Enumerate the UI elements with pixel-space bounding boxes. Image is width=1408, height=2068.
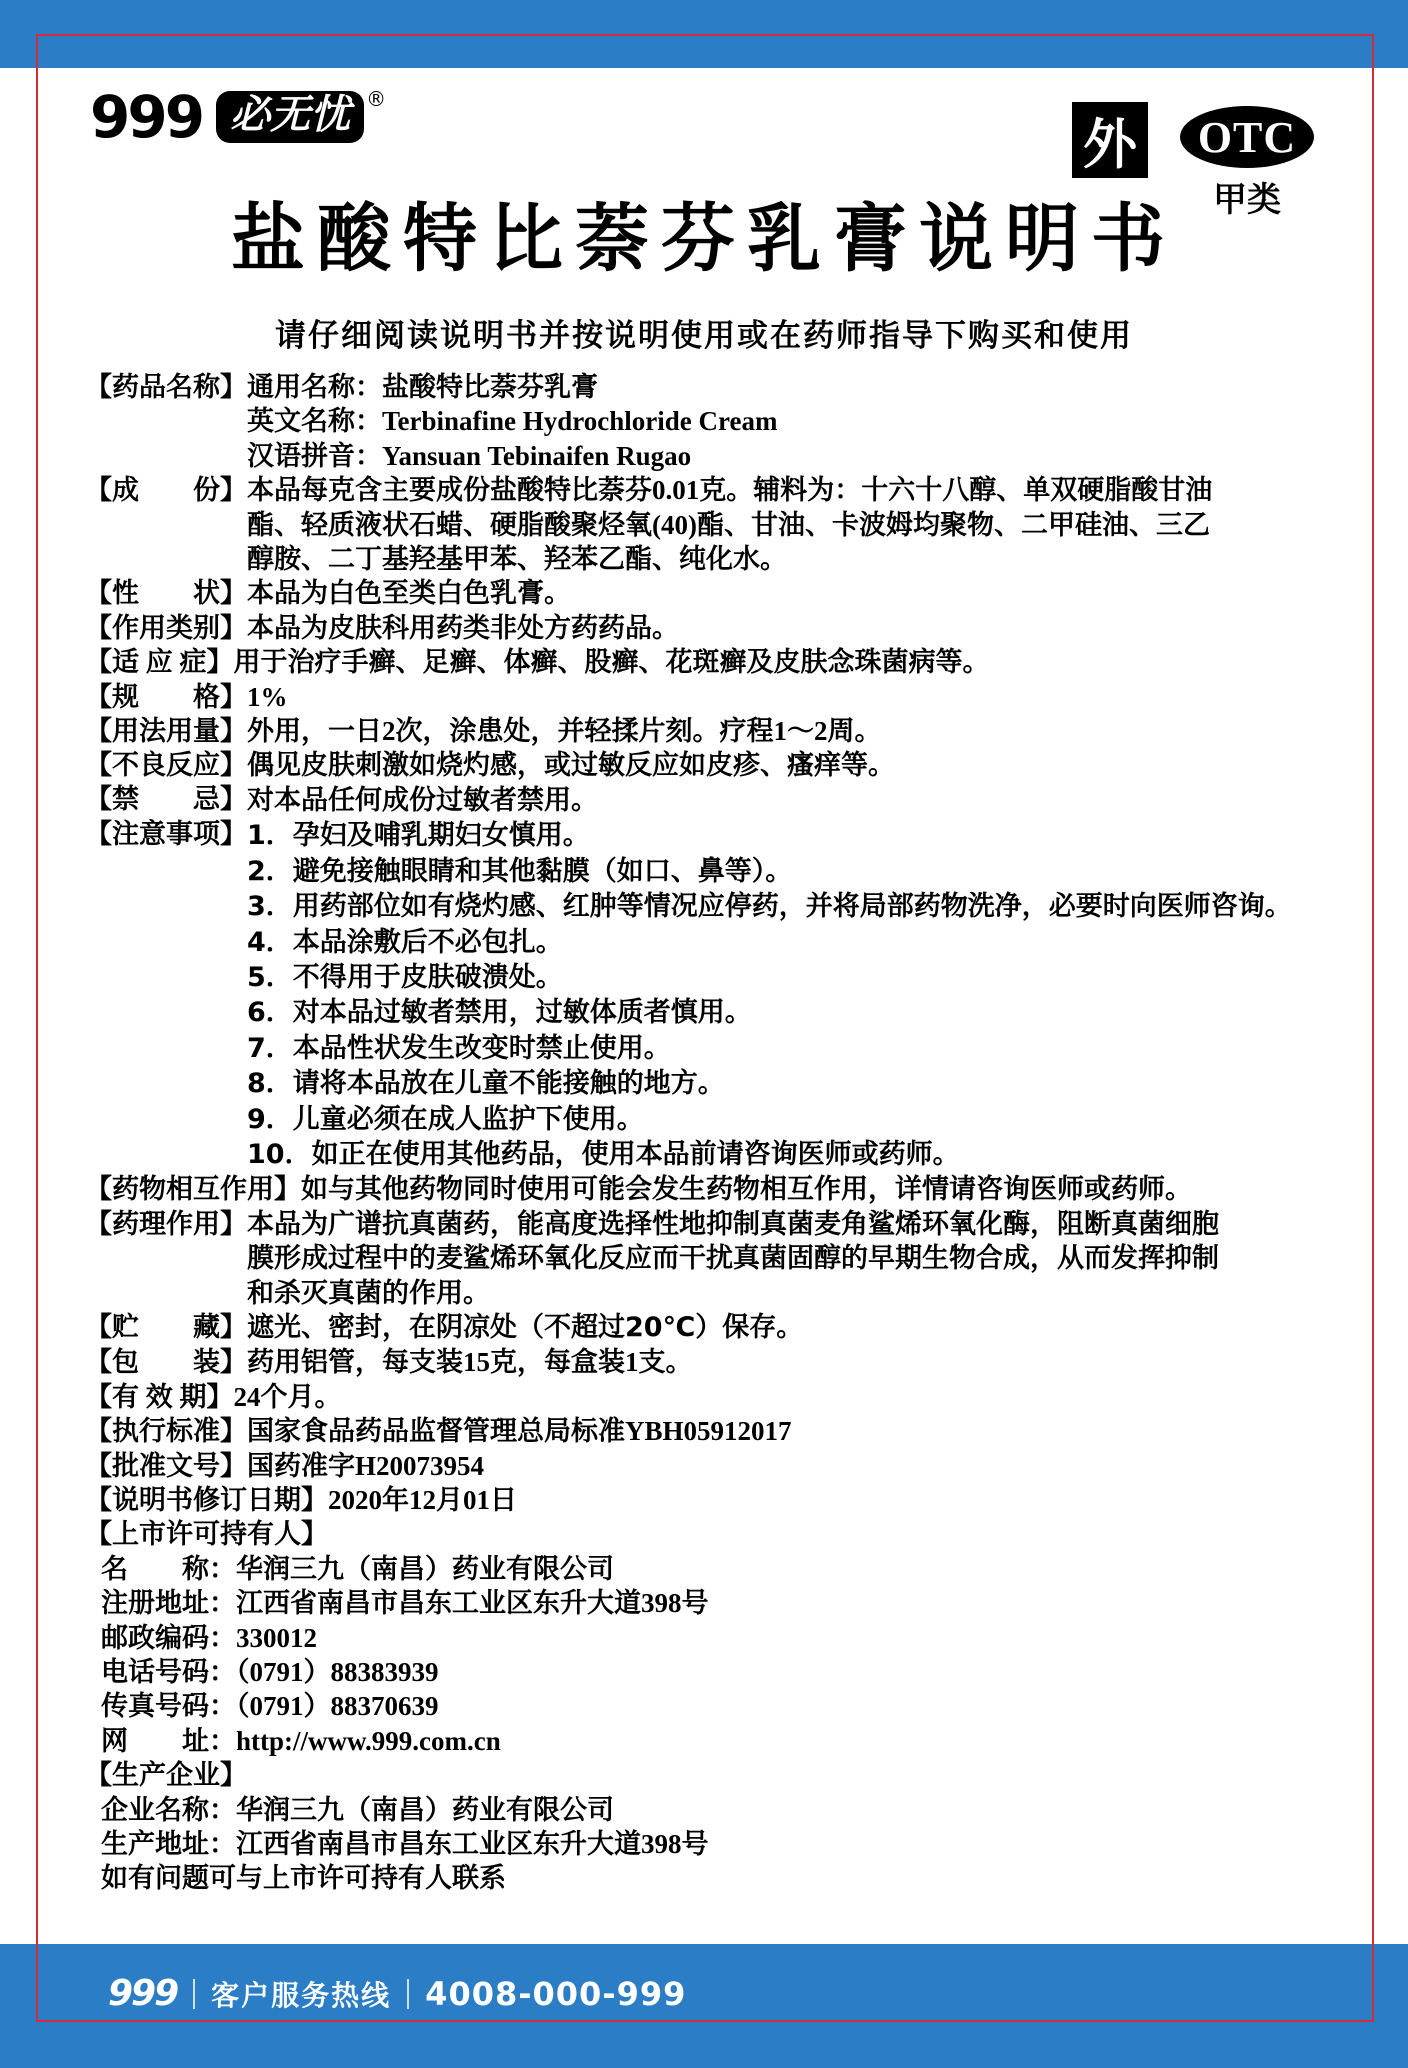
section-row: 【性 状】本品为白色至类白色乳膏。 <box>85 576 1380 610</box>
text-segment: 企业名称：华润三九（南昌）药业有限公司 <box>101 1795 614 1825</box>
section-line: 本品为皮肤科用药类非处方药药品。 <box>247 611 1380 645</box>
text-segment: 酯、轻质液状石蜡、硬脂酸聚烃氧(40)酯、甘油、卡波姆均聚物、二甲硅油、三乙 <box>247 510 1210 540</box>
section-line: 膜形成过程中的麦鲨烯环氧化反应而干扰真菌固醇的早期生物合成，从而发挥抑制 <box>247 1241 1380 1275</box>
section-line: 本品每克含主要成份盐酸特比萘芬0.01克。辅料为：十六十八醇、单双硬脂酸甘油 <box>247 473 1380 507</box>
section-content: 企业名称：华润三九（南昌）药业有限公司生产地址：江西省南昌市昌东工业区东升大道3… <box>85 1793 1380 1897</box>
section-line: 2020年12月01日 <box>328 1483 1380 1517</box>
section-row: 【适 应 症】用于治疗手癣、足癣、体癣、股癣、花斑癣及皮肤念珠菌病等。 <box>85 645 1380 679</box>
section-line: 电话号码：（0791）88383939 <box>101 1655 1380 1689</box>
section-row: 【执行标准】国家食品药品监督管理总局标准YBH05912017 <box>85 1414 1380 1448</box>
section-line: 传真号码：（0791）88370639 <box>101 1689 1380 1723</box>
section-line: 1% <box>247 680 1380 714</box>
section-line: 药用铝管，每支装15克，每盒装1支。 <box>247 1345 1380 1379</box>
section-content: 如与其他药物同时使用可能会发生药物相互作用，详情请咨询医师或药师。 <box>301 1172 1380 1206</box>
section-row: 【有 效 期】24个月。 <box>85 1380 1380 1414</box>
section-line: 名 称：华润三九（南昌）药业有限公司 <box>101 1552 1380 1586</box>
section-line: 1．孕妇及哺乳期妇女慎用。 <box>247 818 1380 853</box>
logo-badge-biwuyou: 必无忧 <box>216 91 364 143</box>
drug-leaflet-page: { "colors": { "blue": "#2b7ec5", "red": … <box>0 0 1408 2068</box>
section-line: 4．本品涂敷后不必包扎。 <box>247 925 1380 960</box>
brand-logo: 999 必无忧 ® <box>90 88 386 146</box>
text-segment: 遮光、密封，在阴凉处 <box>247 1312 517 1342</box>
section-line: 对本品任何成份过敏者禁用。 <box>247 783 1380 818</box>
section-row: 【批准文号】国药准字H20073954 <box>85 1449 1380 1483</box>
section-row: 【药理作用】本品为广谱抗真菌药，能高度选择性地抑制真菌麦角鲨烯环氧化酶，阻断真菌… <box>85 1207 1380 1310</box>
text-segment: 网 址：http://www.999.com.cn <box>101 1726 501 1756</box>
text-segment: 注册地址：江西省南昌市昌东工业区东升大道398号 <box>101 1588 709 1618</box>
section-line: 汉语拼音：Yansuan Tebinaifen Rugao <box>247 439 1380 473</box>
text-segment: 6．对本品过敏者禁用，过敏体质者慎用。 <box>247 997 752 1028</box>
section-label: 【作用类别】 <box>85 611 247 645</box>
section-line: 国家食品药品监督管理总局标准YBH05912017 <box>247 1414 1380 1448</box>
text-segment: 汉语拼音：Yansuan Tebinaifen Rugao <box>247 441 691 471</box>
footer-separator <box>407 1979 409 2009</box>
text-segment: 2020年12月01日 <box>328 1485 517 1515</box>
text-segment: 本品每克含主要成份盐酸特比萘芬0.01克。辅料为：十六十八醇、单双硬脂酸甘油 <box>247 475 1212 505</box>
section-label: 【批准文号】 <box>85 1449 247 1483</box>
text-segment: 对本品任何成份过敏者禁用。 <box>247 785 598 816</box>
section-row: 【用法用量】外用，一日2次，涂患处，并轻揉片刻。疗程1～2周。 <box>85 714 1380 748</box>
section-content: 本品为皮肤科用药类非处方药药品。 <box>247 611 1380 645</box>
section-label: 【药理作用】 <box>85 1207 247 1241</box>
section-line: 如有问题可与上市许可持有人联系 <box>101 1861 1380 1896</box>
section-label: 【禁 忌】 <box>85 783 247 817</box>
section-line: 醇胺、二丁基羟基甲苯、羟苯乙酯、纯化水。 <box>247 542 1380 576</box>
text-segment: 英文名称：Terbinafine Hydrochloride Cream <box>247 406 778 436</box>
text-segment: 用于治疗手癣、足癣、体癣、股癣、花斑癣及皮肤念珠菌病等。 <box>234 647 990 677</box>
section-row: 【药品名称】通用名称：盐酸特比萘芬乳膏英文名称：Terbinafine Hydr… <box>85 370 1380 473</box>
text-segment: 和杀灭真菌的作用。 <box>247 1278 490 1308</box>
section-row: 【不良反应】偶见皮肤刺激如烧灼感，或过敏反应如皮疹、瘙痒等。 <box>85 748 1380 782</box>
section-line: 本品为广谱抗真菌药，能高度选择性地抑制真菌麦角鲨烯环氧化酶，阻断真菌细胞 <box>247 1207 1380 1241</box>
section-content: 遮光、密封，在阴凉处（不超过20℃）保存。 <box>247 1310 1380 1345</box>
section-label: 【规 格】 <box>85 680 247 714</box>
section-line: 生产地址：江西省南昌市昌东工业区东升大道398号 <box>101 1827 1380 1861</box>
text-segment: 传真号码：（0791）88370639 <box>101 1691 439 1721</box>
section-line: 偶见皮肤刺激如烧灼感，或过敏反应如皮疹、瘙痒等。 <box>247 748 1380 782</box>
section-line: 9．儿童必须在成人监护下使用。 <box>247 1102 1380 1137</box>
section-content: 国家食品药品监督管理总局标准YBH05912017 <box>247 1414 1380 1448</box>
footer: 999 客户服务热线 4008-000-999 <box>108 1974 686 2014</box>
text-segment: 2．避免接触眼睛和其他黏膜（如口、鼻等）。 <box>247 856 792 887</box>
footer-hotline-number: 4008-000-999 <box>425 1975 686 2013</box>
section-line: 酯、轻质液状石蜡、硬脂酸聚烃氧(40)酯、甘油、卡波姆均聚物、二甲硅油、三乙 <box>247 508 1380 542</box>
text-segment: 醇胺、二丁基羟基甲苯、羟苯乙酯、纯化水。 <box>247 544 787 574</box>
section-line: 英文名称：Terbinafine Hydrochloride Cream <box>247 404 1380 438</box>
text-segment: 电话号码：（0791）88383939 <box>101 1657 439 1687</box>
section-label: 【贮 藏】 <box>85 1310 247 1344</box>
section-line: 企业名称：华润三九（南昌）药业有限公司 <box>101 1793 1380 1827</box>
text-segment: 8．请将本品放在儿童不能接触的地方。 <box>247 1068 725 1099</box>
text-segment: 国药准字H20073954 <box>247 1451 484 1481</box>
section-line: 7．本品性状发生改变时禁止使用。 <box>247 1031 1380 1066</box>
text-segment: 如与其他药物同时使用可能会发生药物相互作用，详情请咨询医师或药师。 <box>301 1174 1192 1204</box>
section-row: 【包 装】药用铝管，每支装15克，每盒装1支。 <box>85 1345 1380 1379</box>
section-label: 【生产企业】 <box>85 1760 247 1790</box>
text-segment: 国家食品药品监督管理总局标准YBH05912017 <box>247 1416 792 1446</box>
section-row: 【禁 忌】对本品任何成份过敏者禁用。 <box>85 783 1380 818</box>
text-segment: 名 称：华润三九（南昌）药业有限公司 <box>101 1554 614 1584</box>
section-content: 国药准字H20073954 <box>247 1449 1380 1483</box>
text-segment: （不超过20℃） <box>517 1312 722 1343</box>
section-line: 2．避免接触眼睛和其他黏膜（如口、鼻等）。 <box>247 854 1380 889</box>
section-line: 邮政编码：330012 <box>101 1621 1380 1655</box>
section-row: 【规 格】1% <box>85 680 1380 714</box>
footer-separator <box>193 1979 195 2009</box>
text-segment: 1% <box>247 682 288 712</box>
section-content: 1．孕妇及哺乳期妇女慎用。2．避免接触眼睛和其他黏膜（如口、鼻等）。3．用药部位… <box>247 818 1380 1172</box>
section-line: 注册地址：江西省南昌市昌东工业区东升大道398号 <box>101 1586 1380 1620</box>
section-row: 【药物相互作用】如与其他药物同时使用可能会发生药物相互作用，详情请咨询医师或药师… <box>85 1172 1380 1206</box>
section-content: 药用铝管，每支装15克，每盒装1支。 <box>247 1345 1380 1379</box>
text-segment: 如有问题可与上市许可持有人联系 <box>101 1863 506 1894</box>
section-line: 外用，一日2次，涂患处，并轻揉片刻。疗程1～2周。 <box>247 714 1380 748</box>
text-segment: 本品为白色至类白色乳膏。 <box>247 578 571 608</box>
text-segment: 24个月。 <box>234 1382 342 1412</box>
section-content: 1% <box>247 680 1380 714</box>
section-content: 用于治疗手癣、足癣、体癣、股癣、花斑癣及皮肤念珠菌病等。 <box>234 645 1381 679</box>
section-label: 【性 状】 <box>85 576 247 610</box>
section-content: 24个月。 <box>234 1380 1381 1414</box>
text-segment: 通用名称：盐酸特比萘芬乳膏 <box>247 372 598 402</box>
section-label: 【说明书修订日期】 <box>85 1483 328 1517</box>
section-content: 本品为白色至类白色乳膏。 <box>247 576 1380 610</box>
section-label: 【包 装】 <box>85 1345 247 1379</box>
section-row: 【作用类别】本品为皮肤科用药类非处方药药品。 <box>85 611 1380 645</box>
section-label: 【执行标准】 <box>85 1414 247 1448</box>
section-label: 【药品名称】 <box>85 370 247 404</box>
section-line: 本品为白色至类白色乳膏。 <box>247 576 1380 610</box>
section-line: 5．不得用于皮肤破溃处。 <box>247 960 1380 995</box>
section-label: 【上市许可持有人】 <box>85 1519 328 1549</box>
section-line: 3．用药部位如有烧灼感、红肿等情况应停药，并将局部药物洗净，必要时向医师咨询。 <box>247 889 1380 924</box>
section-content: 偶见皮肤刺激如烧灼感，或过敏反应如皮疹、瘙痒等。 <box>247 748 1380 782</box>
section-content: 本品每克含主要成份盐酸特比萘芬0.01克。辅料为：十六十八醇、单双硬脂酸甘油酯、… <box>247 473 1380 576</box>
text-segment: 1．孕妇及哺乳期妇女慎用。 <box>247 820 590 851</box>
text-segment: 邮政编码：330012 <box>101 1623 317 1653</box>
section-label: 【不良反应】 <box>85 748 247 782</box>
section-line: 用于治疗手癣、足癣、体癣、股癣、花斑癣及皮肤念珠菌病等。 <box>234 645 1381 679</box>
section-label: 【注意事项】 <box>85 818 247 852</box>
external-use-mark: 外 <box>1072 102 1148 178</box>
section-line: 24个月。 <box>234 1380 1381 1414</box>
page-title: 盐酸特比萘芬乳膏说明书 <box>0 200 1408 281</box>
text-segment: 膜形成过程中的麦鲨烯环氧化反应而干扰真菌固醇的早期生物合成，从而发挥抑制 <box>247 1243 1219 1273</box>
text-segment: 本品为皮肤科用药类非处方药药品。 <box>247 613 679 643</box>
text-segment: 4．本品涂敷后不必包扎。 <box>247 927 563 958</box>
section-content: 对本品任何成份过敏者禁用。 <box>247 783 1380 818</box>
text-segment: 本品为广谱抗真菌药，能高度选择性地抑制真菌麦角鲨烯环氧化酶，阻断真菌细胞 <box>247 1209 1219 1239</box>
section-row: 【说明书修订日期】2020年12月01日 <box>85 1483 1380 1517</box>
text-segment: 3．用药部位如有烧灼感、红肿等情况应停药，并将局部药物洗净，必要时向医师咨询。 <box>247 891 1292 922</box>
section-line: 和杀灭真菌的作用。 <box>247 1276 1380 1310</box>
section-content: 外用，一日2次，涂患处，并轻揉片刻。疗程1～2周。 <box>247 714 1380 748</box>
section-row: 【贮 藏】遮光、密封，在阴凉处（不超过20℃）保存。 <box>85 1310 1380 1345</box>
section-line: 10．如正在使用其他药品，使用本品前请咨询医师或药师。 <box>247 1137 1380 1172</box>
registered-trademark-icon: ® <box>366 87 386 111</box>
text-segment: 生产地址：江西省南昌市昌东工业区东升大道398号 <box>101 1829 709 1859</box>
section-line: 遮光、密封，在阴凉处（不超过20℃）保存。 <box>247 1310 1380 1345</box>
section-row: 【生产企业】企业名称：华润三九（南昌）药业有限公司生产地址：江西省南昌市昌东工业… <box>85 1758 1380 1897</box>
section-label: 【成 份】 <box>85 473 247 507</box>
section-content: 2020年12月01日 <box>328 1483 1380 1517</box>
text-segment: 药用铝管，每支装15克，每盒装1支。 <box>247 1347 693 1377</box>
footer-service-label: 客户服务热线 <box>211 1974 391 2014</box>
text-segment: 7．本品性状发生改变时禁止使用。 <box>247 1033 671 1064</box>
section-line: 通用名称：盐酸特比萘芬乳膏 <box>247 370 1380 404</box>
top-blue-band <box>0 0 1408 68</box>
section-line: 国药准字H20073954 <box>247 1449 1380 1483</box>
section-content: 名 称：华润三九（南昌）药业有限公司注册地址：江西省南昌市昌东工业区东升大道39… <box>85 1552 1380 1758</box>
page-subtitle: 请仔细阅读说明书并按说明使用或在药师指导下购买和使用 <box>0 310 1408 355</box>
section-line: 如与其他药物同时使用可能会发生药物相互作用，详情请咨询医师或药师。 <box>301 1172 1380 1206</box>
section-line: 6．对本品过敏者禁用，过敏体质者慎用。 <box>247 995 1380 1030</box>
section-label: 【用法用量】 <box>85 714 247 748</box>
text-segment: 10．如正在使用其他药品，使用本品前请咨询医师或药师。 <box>247 1139 960 1170</box>
footer-999-logo: 999 <box>108 1976 177 2012</box>
section-row: 【注意事项】1．孕妇及哺乳期妇女慎用。2．避免接触眼睛和其他黏膜（如口、鼻等）。… <box>85 818 1380 1172</box>
section-content: 通用名称：盐酸特比萘芬乳膏英文名称：Terbinafine Hydrochlor… <box>247 370 1380 473</box>
section-line: 网 址：http://www.999.com.cn <box>101 1724 1380 1758</box>
section-content: 本品为广谱抗真菌药，能高度选择性地抑制真菌麦角鲨烯环氧化酶，阻断真菌细胞膜形成过… <box>247 1207 1380 1310</box>
text-segment: 9．儿童必须在成人监护下使用。 <box>247 1104 644 1135</box>
text-segment: 保存。 <box>722 1312 803 1342</box>
document-body: 【药品名称】通用名称：盐酸特比萘芬乳膏英文名称：Terbinafine Hydr… <box>85 370 1380 1897</box>
section-label: 【药物相互作用】 <box>85 1172 301 1206</box>
section-row: 【成 份】本品每克含主要成份盐酸特比萘芬0.01克。辅料为：十六十八醇、单双硬脂… <box>85 473 1380 576</box>
text-segment: 外用，一日2次，涂患处，并轻揉片刻。疗程1～2周。 <box>247 716 882 746</box>
section-row: 【上市许可持有人】名 称：华润三九（南昌）药业有限公司注册地址：江西省南昌市昌东… <box>85 1517 1380 1758</box>
section-label: 【适 应 症】 <box>85 645 234 679</box>
logo-999-text: 999 <box>90 88 202 146</box>
otc-badge: OTC <box>1180 106 1314 168</box>
section-line: 8．请将本品放在儿童不能接触的地方。 <box>247 1066 1380 1101</box>
section-label: 【有 效 期】 <box>85 1380 234 1414</box>
text-segment: 偶见皮肤刺激如烧灼感，或过敏反应如皮疹、瘙痒等。 <box>247 750 895 780</box>
text-segment: 5．不得用于皮肤破溃处。 <box>247 962 563 993</box>
